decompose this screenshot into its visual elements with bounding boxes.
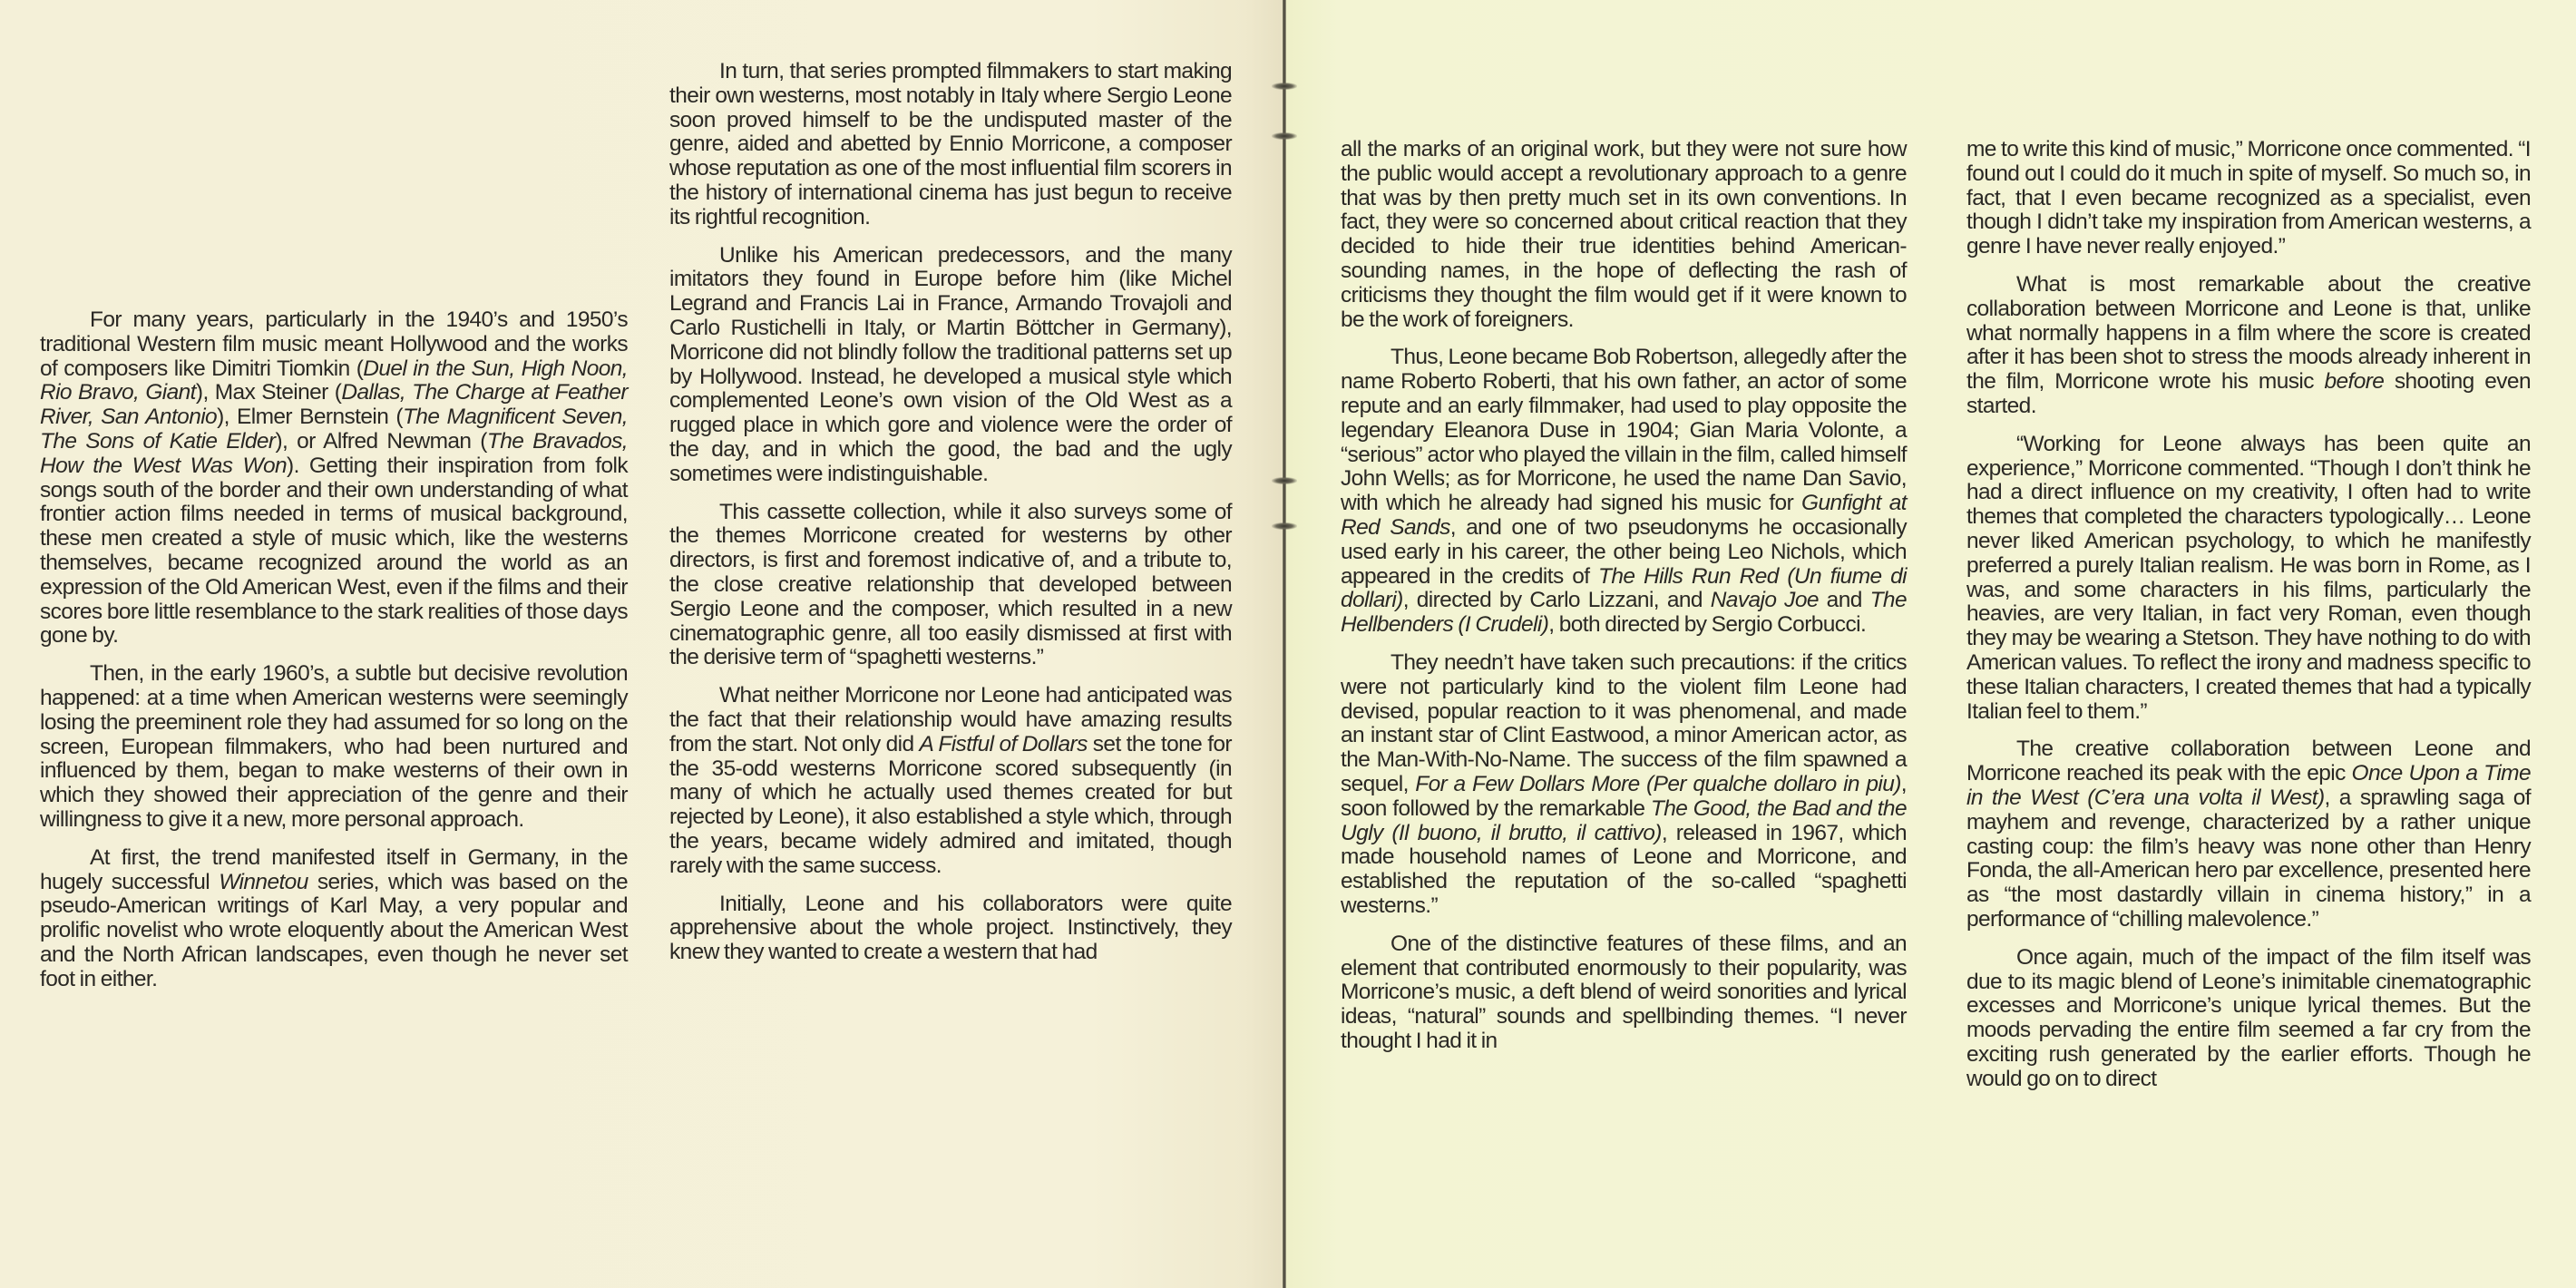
paragraph: What is most remarkable about the creati… — [1966, 273, 2531, 419]
body-text: ). Getting their inspiration from folk s… — [40, 454, 628, 649]
body-text: me to write this kind of music,” Morrico… — [1966, 137, 2531, 259]
paragraph: Once again, much of the impact of the fi… — [1966, 946, 2531, 1092]
text-column-2: In turn, that series prompted filmmakers… — [669, 60, 1232, 979]
italic-title-text: Winnetou — [219, 870, 308, 894]
body-text: Once again, much of the impact of the fi… — [1966, 945, 2531, 1091]
body-text: Thus, Leone became Bob Robertson, allege… — [1341, 345, 1907, 515]
text-column-3: all the marks of an original work, but t… — [1341, 138, 1907, 1068]
paragraph: The creative collaboration between Leone… — [1966, 737, 2531, 932]
body-text: , directed by Carlo Lizzani, and — [1403, 588, 1711, 612]
italic-title-text: For a Few Dollars More (Per qualche doll… — [1415, 772, 1901, 796]
paragraph: “Working for Leone always has been quite… — [1966, 433, 2531, 725]
body-text: ), or Alfred Newman ( — [275, 429, 486, 454]
italic-title-text: before — [2324, 369, 2384, 394]
paragraph: Then, in the early 1960’s, a subtle but … — [40, 662, 628, 833]
paragraph: me to write this kind of music,” Morrico… — [1966, 138, 2531, 259]
text-column-4: me to write this kind of music,” Morrico… — [1966, 138, 2531, 1105]
body-text: and — [1819, 588, 1870, 612]
body-text: Unlike his American predecessors, and th… — [669, 243, 1232, 486]
body-text: “Working for Leone always has been quite… — [1966, 432, 2531, 724]
paragraph: Unlike his American predecessors, and th… — [669, 244, 1232, 487]
italic-title-text: A Fistful of Dollars — [920, 732, 1088, 756]
staple-mark — [1272, 522, 1297, 530]
body-text: Then, in the early 1960’s, a subtle but … — [40, 661, 628, 832]
body-text: all the marks of an original work, but t… — [1341, 137, 1907, 332]
body-text: , both directed by Sergio Corbucci. — [1548, 612, 1866, 637]
body-text: ), Elmer Bernstein ( — [217, 405, 403, 429]
paragraph: Initially, Leone and his collaborators w… — [669, 893, 1232, 965]
staple-mark — [1272, 132, 1297, 140]
staple-mark — [1272, 83, 1297, 90]
body-text: This cassette collection, while it also … — [669, 500, 1232, 670]
italic-title-text: Navajo Joe — [1711, 588, 1819, 612]
paragraph: In turn, that series prompted filmmakers… — [669, 60, 1232, 230]
text-column-1: For many years, particularly in the 1940… — [40, 308, 628, 1006]
staple-mark — [1272, 477, 1297, 484]
body-text: Initially, Leone and his collaborators w… — [669, 892, 1232, 965]
paragraph: Thus, Leone became Bob Robertson, allege… — [1341, 346, 1907, 638]
paragraph: This cassette collection, while it also … — [669, 501, 1232, 671]
body-text: ), Max Steiner ( — [196, 380, 341, 405]
paragraph: They needn’t have taken such precautions… — [1341, 651, 1907, 919]
booklet-spine-fold — [1283, 0, 1286, 1288]
paragraph: What neither Morricone nor Leone had ant… — [669, 684, 1232, 878]
paragraph: all the marks of an original work, but t… — [1341, 138, 1907, 332]
body-text: In turn, that series prompted filmmakers… — [669, 59, 1232, 229]
paragraph: At first, the trend manifested itself in… — [40, 846, 628, 992]
paragraph: One of the distinctive features of these… — [1341, 932, 1907, 1054]
body-text: One of the distinctive features of these… — [1341, 932, 1907, 1053]
paragraph: For many years, particularly in the 1940… — [40, 308, 628, 649]
